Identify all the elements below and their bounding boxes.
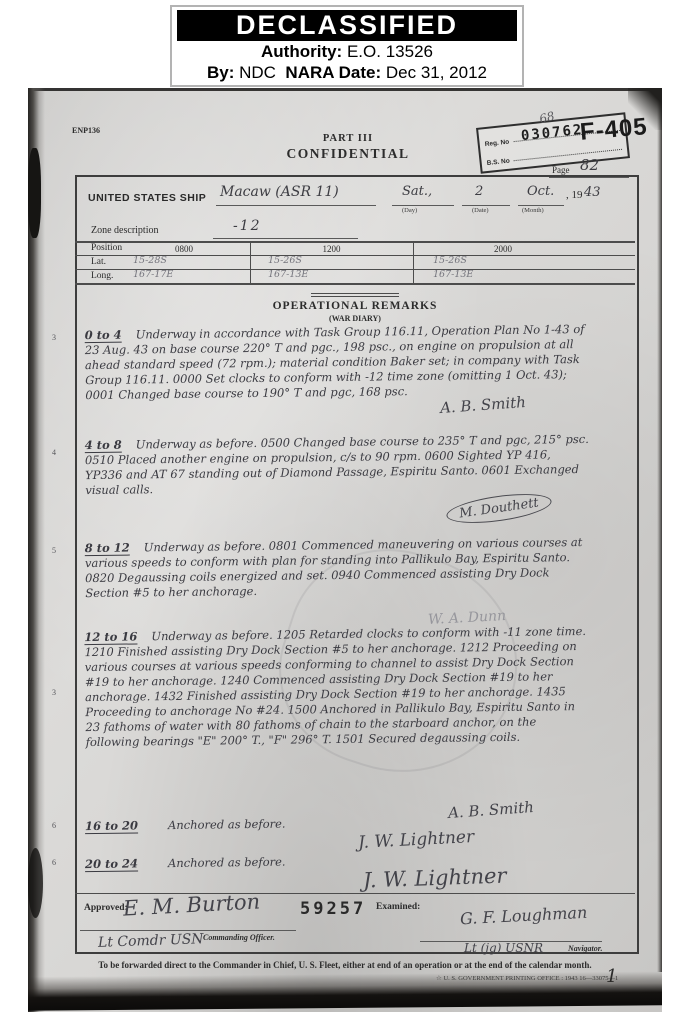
page-label: Page	[552, 165, 570, 175]
watch-entry-4-8: 4 to 8Underway as before. 0500 Changed b…	[85, 432, 592, 498]
stamp-dotted-line	[514, 149, 622, 161]
watch-entry-0-4: 0 to 4Underway in accordance with Task G…	[85, 322, 592, 403]
by-line: By: NDC NARA Date: Dec 31, 2012	[177, 62, 517, 83]
by-label: By:	[207, 63, 234, 82]
day-caption: (Day)	[402, 207, 417, 214]
entry-period: 12 to 16	[84, 629, 137, 645]
authority-value: E.O. 13526	[347, 42, 433, 61]
year-prefix: , 19	[566, 189, 583, 201]
declassified-title: DECLASSIFIED	[177, 10, 517, 41]
lat-label: Lat.	[91, 257, 106, 267]
margin-number: 4	[52, 448, 56, 457]
lat-2000: 15-26S	[433, 255, 467, 266]
margin-number: 3	[52, 333, 56, 342]
navigator-label: Navigator.	[568, 944, 602, 953]
month-underline	[518, 204, 564, 206]
lat-1200: 15-26S	[268, 255, 302, 266]
time-header-1200: 1200	[250, 244, 413, 254]
ship-name: Macaw (ASR 11)	[220, 184, 339, 200]
page-number: 82	[580, 156, 599, 174]
long-label: Long.	[91, 271, 113, 281]
watch-entry-8-12: 8 to 12Underway as before. 0801 Commence…	[85, 535, 592, 601]
time-header-0800: 0800	[118, 244, 250, 254]
file-code-stamp: F-405	[579, 113, 649, 147]
divider-line	[311, 293, 399, 294]
entry-period: 16 to 20	[85, 818, 138, 834]
date-caption: (Date)	[472, 207, 489, 214]
ship-label: UNITED STATES SHIP	[88, 192, 206, 204]
document-scan: ENP136 PART III CONFIDENTIAL 68 Reg. No …	[28, 88, 662, 1012]
declassified-war-diary-page: DECLASSIFIED Authority: E.O. 13526 By: N…	[0, 0, 673, 1024]
entry-text: Underway as before. 0801 Commenced maneu…	[85, 535, 583, 600]
month-value: Oct.	[527, 184, 554, 199]
long-1200: 167-13E	[268, 269, 308, 280]
margin-number: 6	[52, 858, 56, 867]
photo-edge-blot	[28, 848, 43, 918]
part-heading: PART III	[258, 133, 438, 144]
margin-number: 6	[52, 821, 56, 830]
photo-edge-blot	[28, 148, 41, 238]
serial-number: 59257	[300, 899, 366, 919]
margin-number: 3	[52, 688, 56, 697]
authority-label: Authority:	[261, 42, 342, 61]
entry-text: Underway as before. 1205 Retarded clocks…	[84, 624, 586, 749]
margin-number: 5	[52, 546, 56, 555]
lat-0800: 15-28S	[133, 255, 167, 266]
entry-period: 0 to 4	[85, 328, 122, 343]
entry-period: 20 to 24	[85, 856, 138, 872]
entry-text: Anchored as before.	[168, 855, 286, 870]
day-underline	[392, 204, 454, 206]
photo-edge-right	[657, 88, 662, 972]
remarks-subtitle: (WAR DIARY)	[208, 314, 502, 323]
examined-label: Examined:	[376, 902, 420, 912]
bs-no-label: B.S. No	[486, 158, 510, 167]
entry-period: 4 to 8	[85, 438, 122, 453]
classification-heading: CONFIDENTIAL	[258, 146, 438, 162]
form-number: ENP136	[72, 126, 100, 135]
day-value: Sat.,	[402, 184, 432, 199]
entry-text: Underway as before. 0500 Changed base co…	[85, 432, 589, 497]
entry-text: Underway in accordance with Task Group 1…	[85, 322, 585, 402]
approved-label: Approved:	[84, 903, 128, 913]
zone-value: -12	[233, 218, 262, 234]
watch-entry-12-16: 12 to 16Underway as before. 1205 Retarde…	[84, 624, 591, 750]
table-line	[75, 283, 635, 285]
commanding-officer-label: Commanding Officer.	[203, 933, 275, 942]
examined-rank: Lt (jg) USNR	[464, 941, 543, 955]
photo-edge-bottom	[28, 971, 662, 1011]
long-2000: 167-13E	[433, 269, 473, 280]
entry-text: Anchored as before.	[168, 817, 286, 832]
declassified-banner: DECLASSIFIED Authority: E.O. 13526 By: N…	[170, 5, 524, 87]
ship-name-underline	[216, 204, 376, 206]
by-value: NDC	[239, 63, 276, 82]
table-line	[75, 241, 635, 243]
year-written: 43	[584, 185, 601, 200]
photo-edge-top	[28, 88, 662, 91]
zone-label: Zone description	[91, 225, 158, 236]
long-0800: 167-17E	[133, 269, 173, 280]
entry-period: 8 to 12	[85, 541, 130, 557]
zone-underline	[213, 237, 358, 239]
nara-date-value: Dec 31, 2012	[386, 63, 487, 82]
month-caption: (Month)	[522, 207, 544, 214]
time-header-2000: 2000	[413, 244, 593, 254]
remarks-title: OPERATIONAL REMARKS	[208, 300, 502, 312]
date-value: 2	[475, 184, 483, 199]
authority-line: Authority: E.O. 13526	[177, 41, 517, 62]
watch-signature: J. W. Lightner	[363, 864, 507, 893]
divider-line	[311, 296, 399, 297]
date-underline	[462, 204, 510, 206]
nara-date-label: NARA Date:	[285, 63, 381, 82]
forward-note: To be forwarded direct to the Commander …	[45, 960, 645, 970]
